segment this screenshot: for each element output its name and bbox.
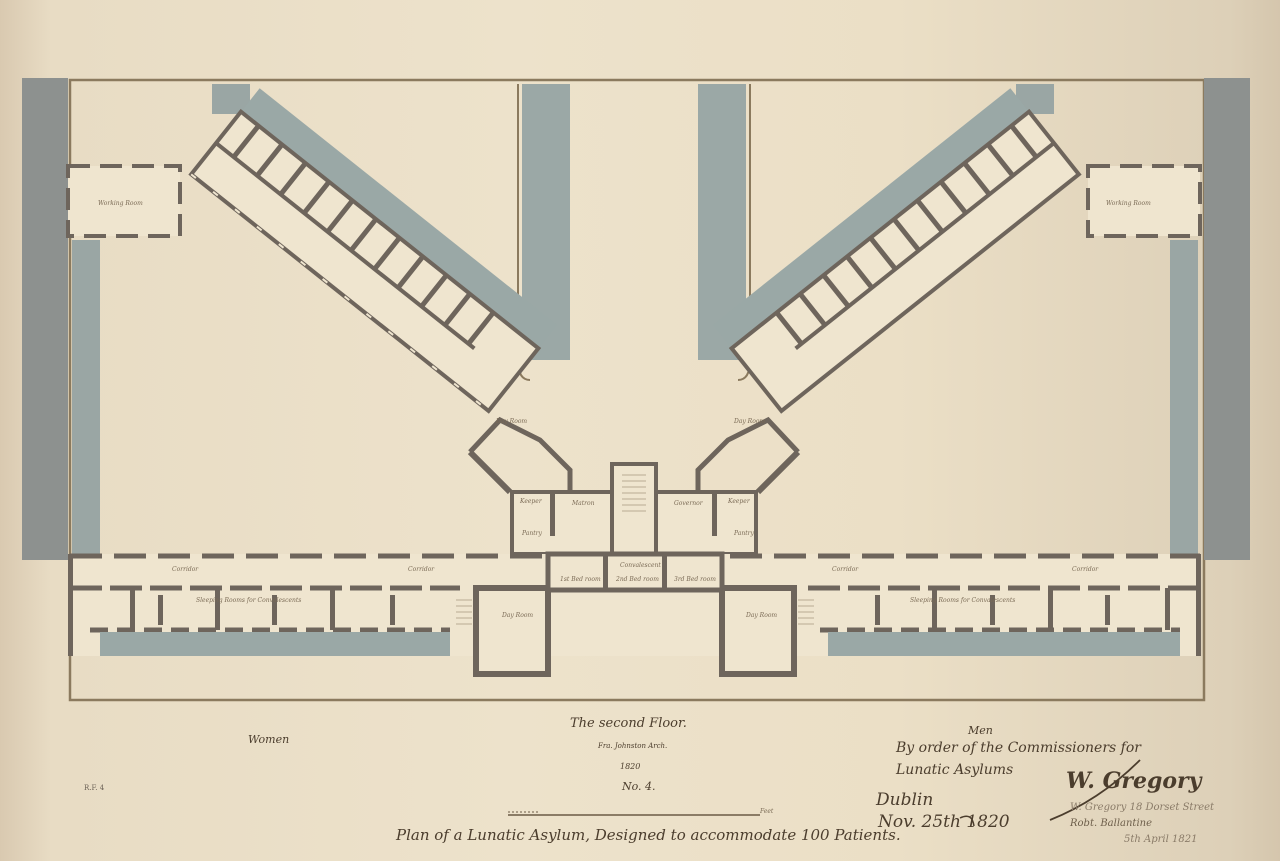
sheet-number: No. 4. [622,780,656,793]
label-men-wing: Men [968,724,993,737]
label-day-room-left-wing: Day Room [496,418,527,425]
archive-mark: R.F. 4 [84,784,104,792]
label-keeper-right: Keeper [728,498,750,505]
label-working-room-right: Working Room [1106,200,1151,207]
left-inner-wash [72,240,100,558]
day-room-right-center [722,588,794,674]
label-bedroom-2: 2nd Bed room [616,576,659,583]
approval-line-2: Lunatic Asylums [896,762,1013,778]
drawing-year: 1820 [620,762,640,771]
right-wash-strip [828,632,1180,656]
drawing-title: Plan of a Lunatic Asylum, Designed to ac… [396,826,901,844]
label-pantry-left: Pantry [522,530,542,537]
approval-date: Nov. 25th 1820 [878,812,1010,832]
label-corridor-right-1: Corridor [832,566,858,573]
asylum-floor-plan-sheet: Working Room Working Room Day Room Day R… [0,0,1280,861]
label-sleeping-rooms-left: Sleeping Rooms for Convalescents [196,597,301,604]
right-diagonal-wing [713,88,1079,411]
approval-place: Dublin [876,790,933,810]
label-bedroom-1: 1st Bed room [560,576,601,583]
left-wash-strip [100,632,450,656]
label-keeper-left: Keeper [520,498,542,505]
left-boundary-wall [22,78,68,560]
label-working-room-left: Working Room [98,200,143,207]
label-corridor-left-2: Corridor [408,566,434,573]
scale-bar-unit: Feet [760,808,773,815]
left-diagonal-wing [191,88,557,411]
countersign-line-2: Robt. Ballantine [1070,818,1152,829]
label-corridor-left-1: Corridor [172,566,198,573]
label-sleeping-rooms-right: Sleeping Rooms for Convalescents [910,597,1015,604]
label-convalescent: Convalescent [620,562,661,569]
bedroom-block [548,554,722,590]
label-day-room-left-center: Day Room [502,612,533,619]
central-staircase [612,464,656,554]
label-day-room-right-wing: Day Room [734,418,765,425]
floor-title: The second Floor. [570,716,687,731]
signature: W. Gregory [1066,768,1201,794]
label-women-wing: Women [248,733,289,746]
approval-line-1: By order of the Commissioners for [896,740,1141,756]
label-day-room-right-center: Day Room [746,612,777,619]
label-governor: Governor [674,500,703,507]
day-room-left-center [476,588,548,674]
architect-credit: Fra. Johnston Arch. [598,742,667,750]
right-boundary-wall [1204,78,1250,560]
countersign-line-1: W. Gregory 18 Dorset Street [1070,802,1214,813]
label-matron: Matron [572,500,594,507]
scale-bar [508,812,760,815]
label-pantry-right: Pantry [734,530,754,537]
label-corridor-right-2: Corridor [1072,566,1098,573]
floor-plan-drawing [0,0,1280,861]
right-inner-wash [1170,240,1198,558]
label-bedroom-3: 3rd Bed room [674,576,716,583]
countersign-date: 5th April 1821 [1124,834,1197,845]
